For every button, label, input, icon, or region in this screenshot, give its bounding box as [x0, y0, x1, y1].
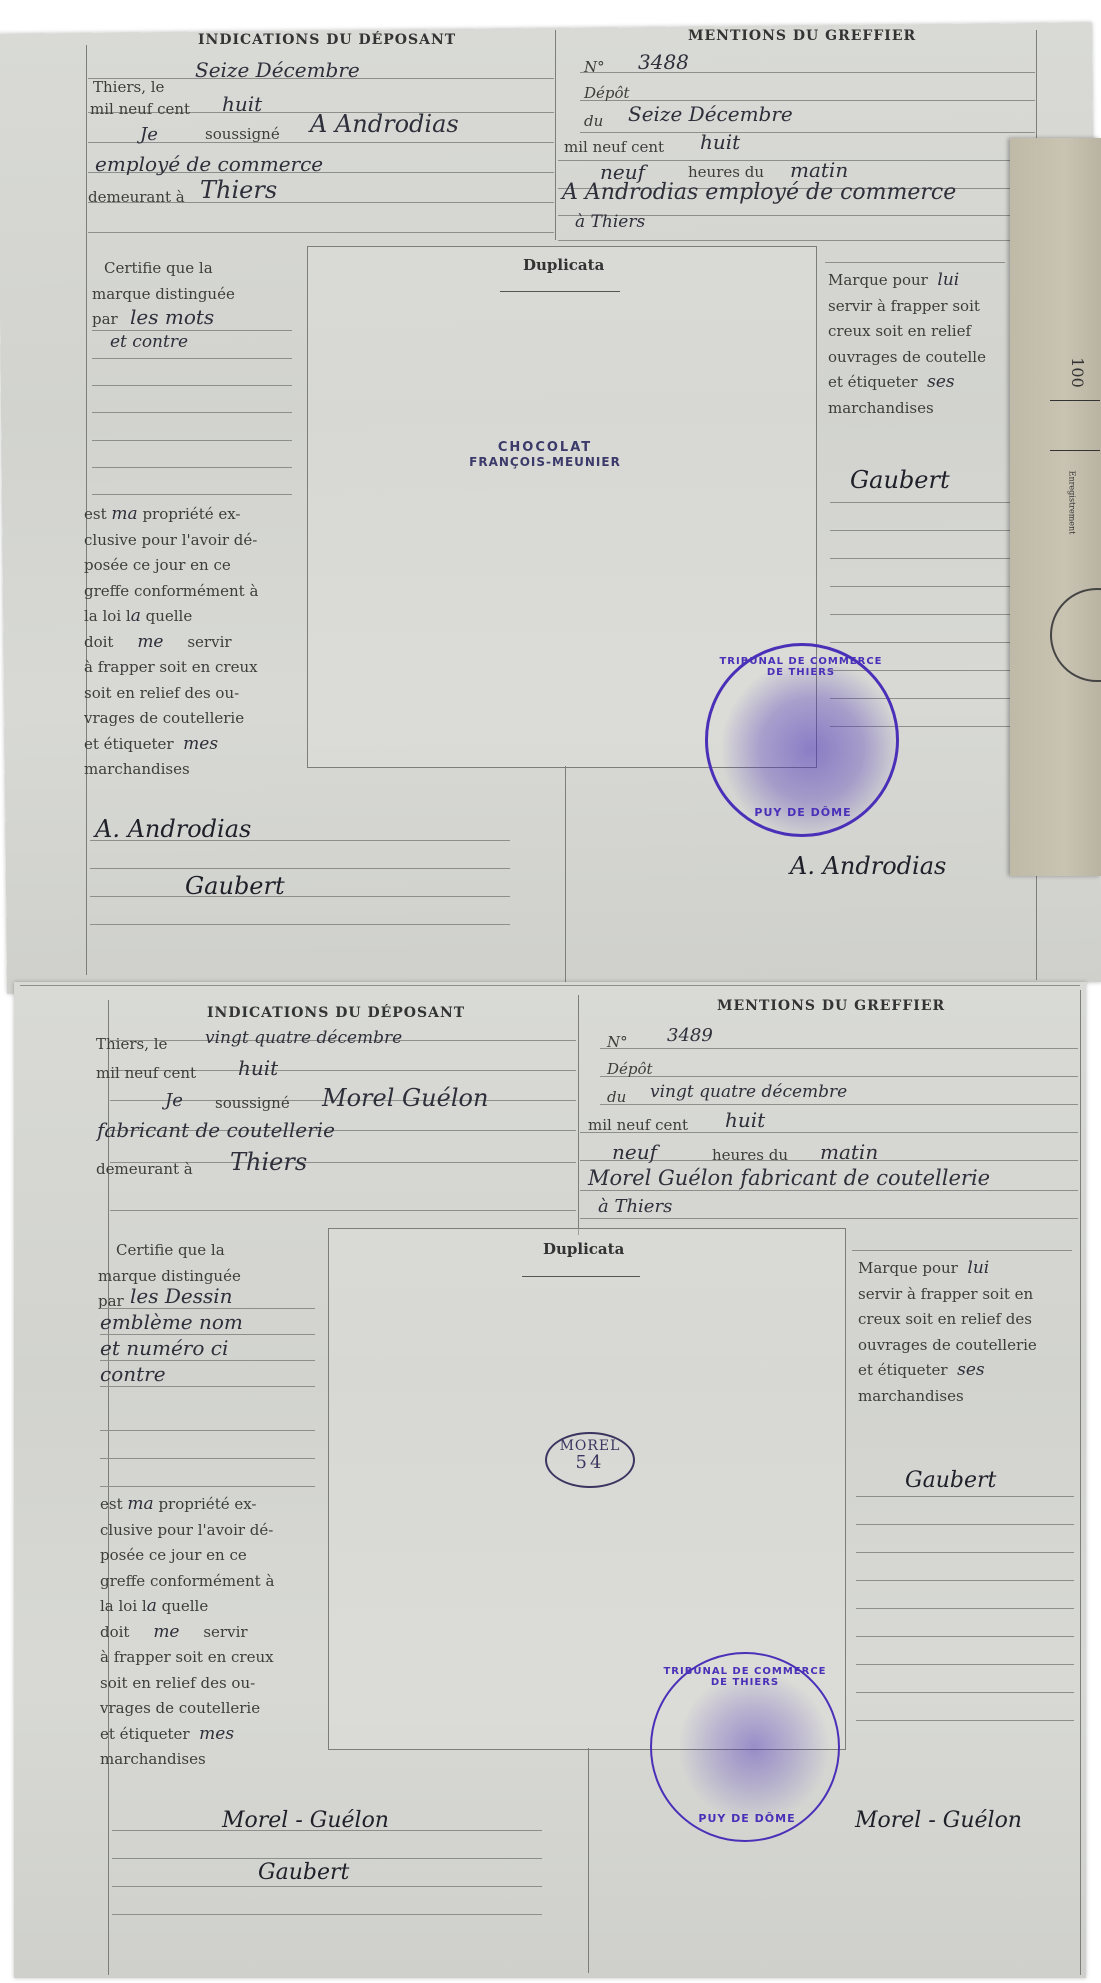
rule	[856, 1664, 1074, 1665]
hour-handwritten: neuf	[612, 1140, 657, 1164]
depositor-signature-right: Morel - Guélon	[855, 1808, 1022, 1833]
bottom-divider	[588, 1748, 589, 1973]
clerk-signature-left: Gaubert	[258, 1860, 349, 1885]
number-handwritten: 3489	[667, 1025, 713, 1046]
depositor-header: INDICATIONS DU DÉPOSANT	[207, 1005, 465, 1021]
city-handwritten: Thiers	[230, 1148, 307, 1176]
rule	[580, 1218, 1078, 1219]
rule	[600, 1076, 1078, 1077]
depositor-city-handwritten: à Thiers	[598, 1196, 672, 1217]
duplicata-label: Duplicata	[543, 1240, 624, 1258]
tribunal-seal-2: TRIBUNAL DE COMMERCE DE THIERS PUY DE DÔ…	[650, 1652, 840, 1842]
rule	[112, 1914, 542, 1915]
profession-handwritten: fabricant de coutellerie	[97, 1118, 335, 1142]
propriete-text: est ma propriété ex- clusive pour l'avoi…	[100, 1492, 322, 1773]
rule	[100, 1458, 315, 1459]
mark-description-handwritten-4: contre	[100, 1362, 166, 1386]
depot-label: Dépôt	[607, 1060, 653, 1078]
right-margin-line	[1080, 990, 1081, 1975]
rule	[100, 1486, 315, 1487]
heures-label: heures du	[712, 1146, 788, 1164]
depositor-signature-left: Morel - Guélon	[222, 1808, 389, 1833]
center-divider	[578, 995, 579, 1235]
rule	[856, 1524, 1074, 1525]
clerk-signature-right: Gaubert	[905, 1468, 996, 1493]
year-handwritten: huit	[238, 1056, 278, 1080]
demeurant-label: demeurant à	[96, 1160, 193, 1178]
mark-description-handwritten-1: les Dessin	[130, 1284, 233, 1308]
mark-specimen-morel: MOREL 54	[545, 1432, 635, 1488]
name-handwritten: Morel Guélon	[322, 1084, 488, 1112]
mark-description-handwritten-2: emblème nom	[100, 1310, 243, 1334]
rule	[856, 1720, 1074, 1721]
depot-year-label: mil neuf cent	[588, 1116, 688, 1134]
period-handwritten: matin	[820, 1140, 878, 1164]
date-handwritten: vingt quatre décembre	[205, 1028, 402, 1048]
rule	[100, 1308, 315, 1309]
rule	[110, 1210, 576, 1211]
year-label: mil neuf cent	[96, 1064, 196, 1082]
rule	[856, 1552, 1074, 1553]
rule	[100, 1430, 315, 1431]
depot-date-handwritten: vingt quatre décembre	[650, 1082, 847, 1102]
form-2: INDICATIONS DU DÉPOSANT MENTIONS DU GREF…	[0, 0, 1101, 1983]
soussigne-label: soussigné	[215, 1094, 290, 1112]
sheet-top-rule	[20, 985, 1080, 986]
mark-description-handwritten-3: et numéro ci	[100, 1336, 228, 1360]
je-handwritten: Je	[165, 1090, 183, 1111]
clerk-header: MENTIONS DU GREFFIER	[717, 998, 945, 1014]
right-marque-text: Marque pour lui servir à frapper soit en…	[858, 1256, 1076, 1409]
left-margin-line	[108, 1000, 109, 1975]
duplicata-underline	[522, 1276, 640, 1277]
rule	[100, 1334, 315, 1335]
rule	[112, 1858, 542, 1859]
rule	[580, 1190, 1078, 1191]
rule	[600, 1104, 1078, 1105]
depositor-line-handwritten: Morel Guélon fabricant de coutellerie	[588, 1166, 990, 1190]
rule	[856, 1608, 1074, 1609]
du-label: du	[607, 1088, 626, 1106]
rule	[852, 1250, 1072, 1251]
rule	[856, 1580, 1074, 1581]
rule	[856, 1692, 1074, 1693]
rule	[100, 1360, 315, 1361]
depot-year-handwritten: huit	[725, 1108, 765, 1132]
rule	[600, 1048, 1078, 1049]
rule	[112, 1886, 542, 1887]
rule	[856, 1496, 1074, 1497]
rule	[100, 1386, 315, 1387]
number-label: N°	[607, 1033, 628, 1051]
rule	[856, 1636, 1074, 1637]
place-label: Thiers, le	[96, 1035, 167, 1053]
